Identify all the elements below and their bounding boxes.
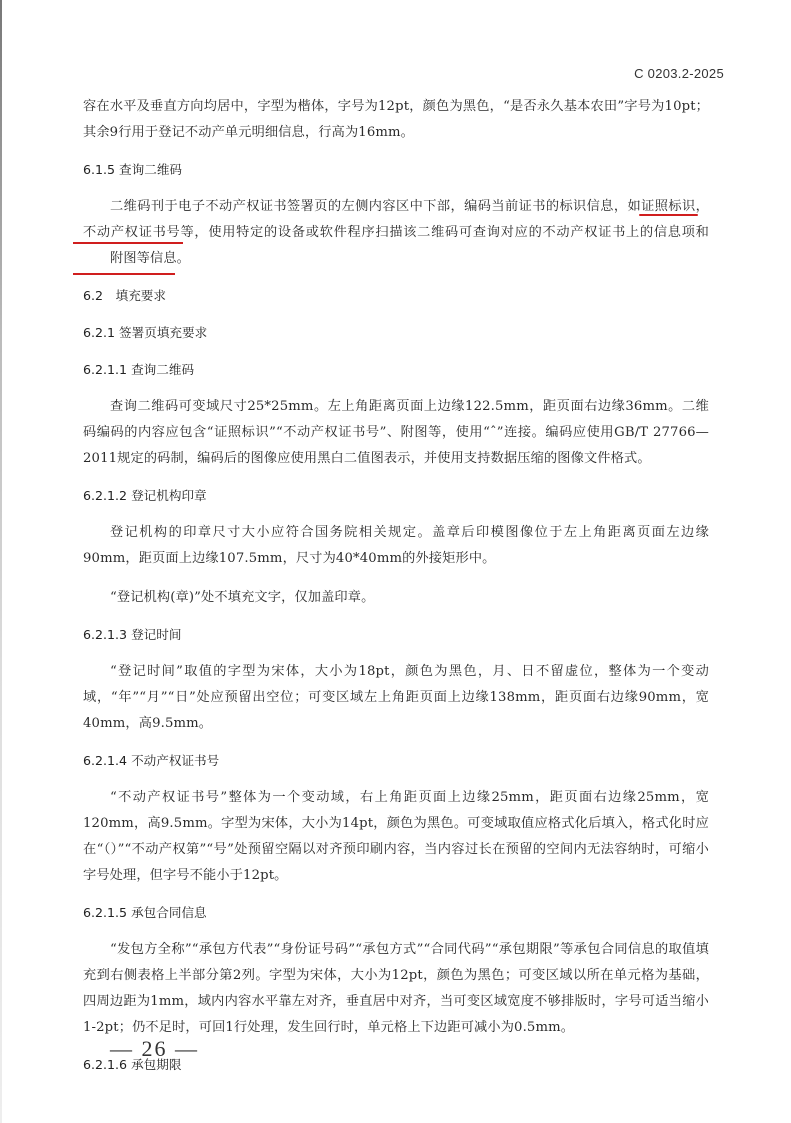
paragraph-6-2-1-3: “登记时间”取值的字型为宋体，大小为18pt，颜色为黑色，月、日不留虚位，整体为… (83, 659, 709, 737)
paragraph-6-2-1-4: “不动产权证书号”整体为一个变动域，右上角距页面上边缘25mm，距页面右边缘25… (83, 785, 709, 889)
heading-6-2-1-3: 6.2.1.3 登记时间 (83, 624, 709, 646)
paragraph-6-2-1-2a: 登记机构的印章尺寸大小应符合国务院相关规定。盖章后印模图像位于左上角距离页面左边… (83, 520, 709, 572)
red-line-under (73, 273, 175, 275)
red-line-over (73, 242, 183, 244)
heading-6-2-1: 6.2.1 签署页填充要求 (83, 322, 709, 344)
document-code: C 0203.2-2025 (600, 66, 724, 81)
heading-6-2-1-4: 6.2.1.4 不动产权证书号 (83, 750, 709, 772)
heading-6-2: 6.2 填充要求 (83, 285, 709, 307)
heading-6-2-1-2: 6.2.1.2 登记机构印章 (83, 485, 709, 507)
paragraph-6-1-5: 二维码刊于电子不动产权证书签署页的左侧内容区中下部，编码当前证书的标识信息，如证… (83, 194, 709, 272)
page-number: — 26 — (110, 1036, 199, 1062)
red-marked-text: 附图等信息。 (83, 246, 190, 272)
heading-6-1-5: 6.1.5 查询二维码 (83, 159, 709, 181)
text-segment: 二维码刊于电子不动产权证书签署页的左侧内容区中下部，编码当前证书的标识信息，如 (110, 199, 641, 214)
heading-6-2-1-1: 6.2.1.1 查询二维码 (83, 359, 709, 381)
heading-6-2-1-5: 6.2.1.5 承包合同信息 (83, 902, 709, 924)
paragraph-6-2-1-2b: “登记机构(章)”处不填充文字，仅加盖印章。 (83, 585, 709, 611)
red-underlined-text: 证照标识 (641, 199, 695, 214)
page-content: 容在水平及垂直方向均居中，字型为楷体，字号为12pt，颜色为黑色，“是否永久基本… (83, 94, 709, 1076)
scan-edge (0, 0, 2, 1123)
paragraph-continued: 容在水平及垂直方向均居中，字型为楷体，字号为12pt，颜色为黑色，“是否永久基本… (83, 94, 709, 146)
paragraph-6-2-1-5: “发包方全称”“承包方代表”“身份证号码”“承包方式”“合同代码”“承包期限”等… (83, 937, 709, 1041)
paragraph-6-2-1-1: 查询二维码可变域尺寸25*25mm。左上角距离页面上边缘122.5mm，距页面右… (83, 394, 709, 472)
